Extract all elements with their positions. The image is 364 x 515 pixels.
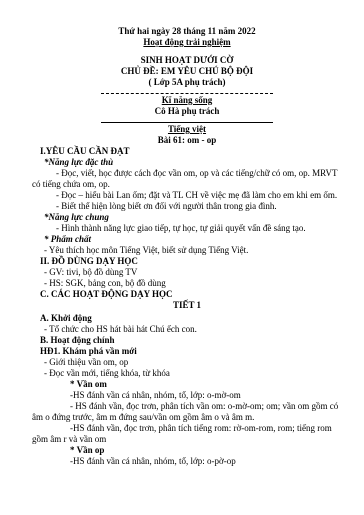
hd1-heading: HĐ1. Khám phá vần mới <box>40 346 342 357</box>
materials-heading: II. ĐỒ DÙNG DẠY HỌC <box>40 256 342 267</box>
van-om-item: -HS đánh vần cá nhân, nhóm, tổ, lớp: o-m… <box>32 390 342 401</box>
goal-item: - Hình thành năng lực giao tiếp, tự học,… <box>32 223 342 234</box>
warmup-heading: A. Khởi động <box>40 313 342 324</box>
hd1-item: - Đọc vần mới, tiếng khóa, từ khóa <box>32 368 342 379</box>
quality-label: * Phẩm chất <box>44 234 342 245</box>
van-op-heading: * Vần op <box>32 445 342 456</box>
goal-item: - Đọc, viết, học được cách đọc vần om, o… <box>32 168 342 190</box>
spacer <box>32 48 342 55</box>
main-activity-heading: B. Hoạt động chính <box>40 335 342 346</box>
van-op-item: -HS đánh vần cá nhân, nhóm, tổ, lớp: o-p… <box>32 456 342 467</box>
separator-solid <box>101 122 273 123</box>
section-materials: II. ĐỒ DÙNG DẠY HỌC - GV: tivi, bộ đồ dù… <box>32 256 342 289</box>
teacher-in-charge: Cô Hà phụ trách <box>32 106 342 117</box>
van-om-item: - HS đánh vần, đọc trơn, phân tích vần o… <box>32 401 342 423</box>
period-title: TIẾT 1 <box>32 300 342 311</box>
page-header: Thứ hai ngày 28 tháng 11 năm 2022 Hoạt đ… <box>32 26 342 146</box>
section-activities: C. CÁC HOẠT ĐỘNG DẠY HỌC TIẾT 1 A. Khởi … <box>32 289 342 467</box>
materials-item: - HS: SGK, bảng con, bộ đồ dùng <box>32 278 342 289</box>
lesson-title: Bài 61: om - op <box>32 135 342 146</box>
specific-competence-label: *Năng lực đặc thù <box>44 157 342 168</box>
class-in-charge: ( Lớp 5A phụ trách) <box>32 77 342 88</box>
materials-item: - GV: tivi, bộ đồ dùng TV <box>32 267 342 278</box>
general-competence-label: *Năng lực chung <box>44 212 342 223</box>
hd1-item: - Giới thiệu vần om, op <box>32 357 342 368</box>
experience-subject-title: Hoạt động trải nghiệm <box>32 37 342 48</box>
goal-item: - Yêu thích học môn Tiếng Việt, biết sử … <box>32 245 342 256</box>
vietnamese-subject: Tiếng việt <box>32 124 342 135</box>
life-skills-subject: Kĩ năng sống <box>32 95 342 106</box>
goal-item: - Biết thể hiện lòng biết ơn đối với ngư… <box>32 201 342 212</box>
separator-dashed <box>101 93 273 94</box>
warmup-item: - Tổ chức cho HS hát bài hát Chú ếch con… <box>32 324 342 335</box>
activities-heading: C. CÁC HOẠT ĐỘNG DẠY HỌC <box>40 289 342 300</box>
goal-item: - Đọc – hiểu bài Lan ốm; đặt và TL CH về… <box>32 190 342 201</box>
van-om-item: -HS đánh vần, đọc trơn, phân tích tiếng … <box>32 423 342 445</box>
flag-ceremony-title: SINH HOẠT DƯỚI CỜ <box>32 55 342 66</box>
theme-title: CHỦ ĐỀ: EM YÊU CHÚ BỘ ĐỘI <box>32 66 342 77</box>
goals-heading: I.YÊU CẦU CẦN ĐẠT <box>40 146 342 157</box>
date-line: Thứ hai ngày 28 tháng 11 năm 2022 <box>32 26 342 37</box>
section-goals: I.YÊU CẦU CẦN ĐẠT *Năng lực đặc thù - Đọ… <box>32 146 342 256</box>
van-om-heading: * Vần om <box>32 379 342 390</box>
lesson-plan-page: Thứ hai ngày 28 tháng 11 năm 2022 Hoạt đ… <box>0 0 364 515</box>
